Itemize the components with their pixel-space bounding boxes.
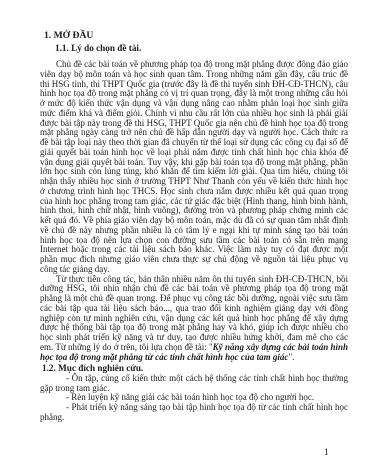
document-page: 1. MỞ ĐẦU 1.1. Lý do chọn đề tài. Chủ đề… bbox=[0, 0, 366, 473]
subsection-heading-ly-do-chon-de-tai: 1.1. Lý do chọn đề tài. bbox=[55, 43, 348, 54]
section-heading-mo-dau: 1. MỞ ĐẦU bbox=[44, 30, 348, 41]
paragraph-reasons: Chủ đề các bài toán về phương pháp tọa đ… bbox=[40, 60, 348, 275]
page-number: 1 bbox=[324, 448, 329, 458]
objective-item-creation-skills: - Phát triển kỹ năng sáng tạo bài tập hì… bbox=[40, 403, 348, 423]
paragraph-topic-choice: Từ thực tiễn công tác, bản thân nhiều nă… bbox=[40, 275, 348, 363]
objective-item-review-knowledge: - Ôn tập, củng cố kiến thức một cách hệ … bbox=[40, 374, 348, 394]
paragraph-topic-lead: Từ thực tiễn công tác, bản thân nhiều nă… bbox=[40, 274, 348, 352]
paragraph-topic-tail: ". bbox=[288, 352, 294, 362]
